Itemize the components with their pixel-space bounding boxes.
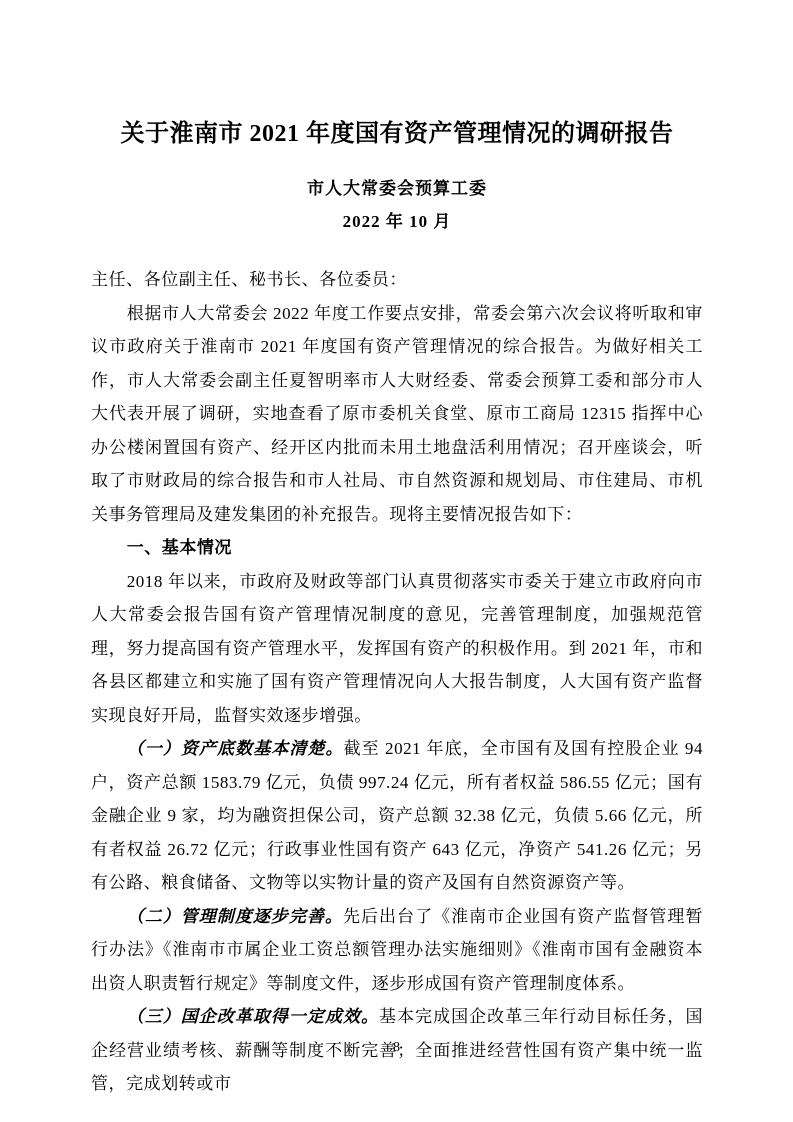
item-paragraph-1: （一）资产底数基本清楚。截至 2021 年底，全市国有及国有控股企业 94 户，…	[91, 732, 703, 900]
document-date: 2022 年 10 月	[91, 211, 703, 233]
document-page: 关于淮南市 2021 年度国有资产管理情况的调研报告 市人大常委会预算工委 20…	[0, 0, 793, 1122]
intro-paragraph: 根据市人大常委会 2022 年度工作要点安排，常委会第六次会议将听取和审议市政府…	[91, 297, 703, 532]
document-author-organization: 市人大常委会预算工委	[91, 178, 703, 200]
item-2-lead: （二）管理制度逐步完善。	[127, 907, 343, 926]
salutation-line: 主任、各位副主任、秘书长、各位委员：	[91, 263, 703, 297]
document-body: 主任、各位副主任、秘书长、各位委员： 根据市人大常委会 2022 年度工作要点安…	[91, 263, 703, 1101]
item-1-text: 截至 2021 年底，全市国有及国有控股企业 94 户，资产总额 1583.79…	[91, 739, 703, 892]
section-heading-basic-situation: 一、基本情况	[91, 531, 703, 565]
item-paragraph-2: （二）管理制度逐步完善。先后出台了《淮南市企业国有资产监督管理暂行办法》《淮南市…	[91, 900, 703, 1001]
section-overview-paragraph: 2018 年以来，市政府及财政等部门认真贯彻落实市委关于建立市政府向市人大常委会…	[91, 565, 703, 733]
page-number: 8	[0, 1038, 793, 1058]
item-3-lead: （三）国企改革取得一定成效。	[127, 1007, 379, 1026]
item-1-lead: （一）资产底数基本清楚。	[127, 739, 344, 758]
document-title: 关于淮南市 2021 年度国有资产管理情况的调研报告	[91, 116, 703, 152]
